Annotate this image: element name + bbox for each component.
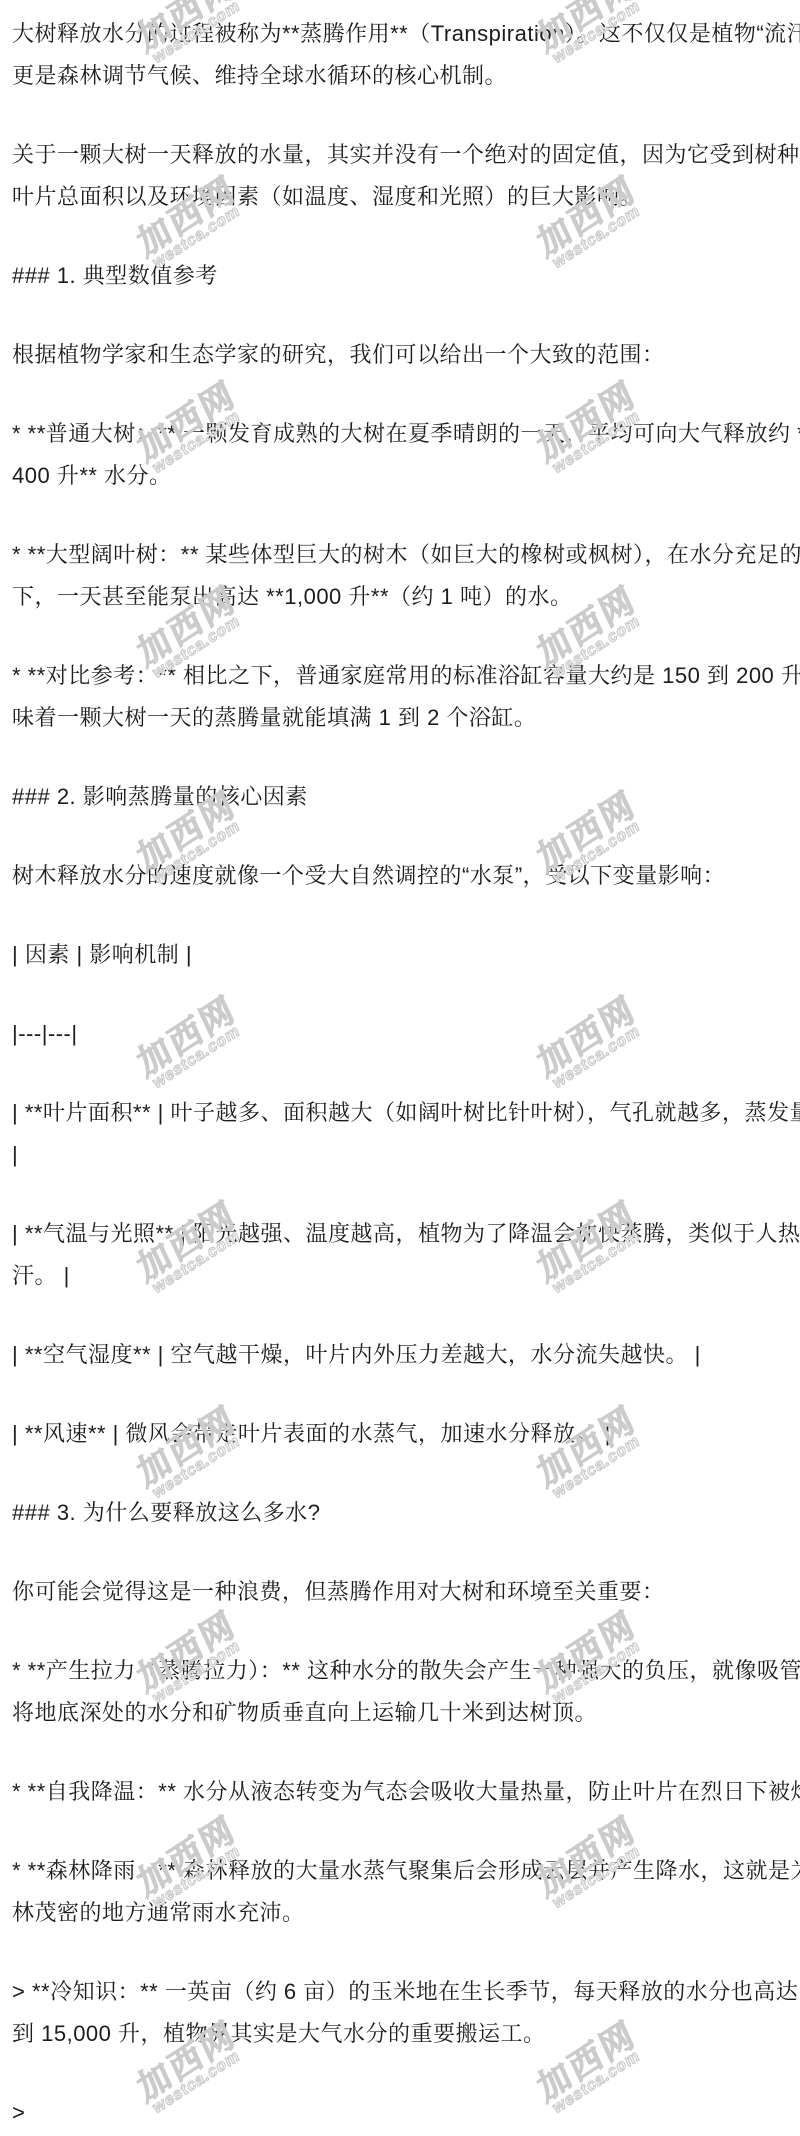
block-bullet: * **对比参考：** 相比之下，普通家庭常用的标准浴缸容量大约是 150 到 … xyxy=(12,655,788,739)
text-line: * **森林降雨：** 森林释放的大量水蒸气聚集后会形成云层并产生降水，这就是为… xyxy=(12,1850,788,1892)
block-bullet: * **产生拉力（蒸腾拉力）：** 这种水分的散失会产生一种强大的负压，就像吸管… xyxy=(12,1650,788,1734)
block-bullet: * **自我降温：** 水分从液态转变为气态会吸收大量热量，防止叶片在烈日下被灼… xyxy=(12,1771,788,1813)
text-line: ### 2. 影响蒸腾量的核心因素 xyxy=(12,776,788,818)
text-line: | xyxy=(12,1134,788,1176)
text-line: 大树释放水分的过程被称为**蒸腾作用**（Transpiration）。这不仅仅… xyxy=(12,13,788,55)
block-bullet: * **普通大树：** 一颗发育成熟的大树在夏季晴朗的一天，平均可向大气释放约 … xyxy=(12,413,788,497)
block-table-row: | **空气湿度** | 空气越干燥，叶片内外压力差越大，水分流失越快。 | xyxy=(12,1334,788,1376)
text-line: > **冷知识：** 一英亩（约 6 亩）的玉米地在生长季节，每天释放的水分也高… xyxy=(12,1971,788,2013)
block-table-row: | **叶片面积** | 叶子越多、面积越大（如阔叶树比针叶树），气孔就越多，蒸… xyxy=(12,1092,788,1176)
block-quote: > xyxy=(12,2092,788,2134)
text-line: |---|---| xyxy=(12,1013,788,1055)
text-line: * **产生拉力（蒸腾拉力）：** 这种水分的散失会产生一种强大的负压，就像吸管… xyxy=(12,1650,788,1692)
block-bullet: * **大型阔叶树：** 某些体型巨大的树木（如巨大的橡树或枫树），在水分充足的… xyxy=(12,534,788,618)
text-line: 400 升** 水分。 xyxy=(12,455,788,497)
text-line: | **叶片面积** | 叶子越多、面积越大（如阔叶树比针叶树），气孔就越多，蒸… xyxy=(12,1092,788,1134)
block-heading: ### 3. 为什么要释放这么多水? xyxy=(12,1492,788,1534)
block-table-row: | 因素 | 影响机制 | xyxy=(12,934,788,976)
block-quote: > **冷知识：** 一英亩（约 6 亩）的玉米地在生长季节，每天释放的水分也高… xyxy=(12,1971,788,2055)
block-paragraph: 关于一颗大树一天释放的水量，其实并没有一个绝对的固定值，因为它受到树种、树龄、叶… xyxy=(12,134,788,218)
text-line: 汗。 | xyxy=(12,1255,788,1297)
text-line: | **空气湿度** | 空气越干燥，叶片内外压力差越大，水分流失越快。 | xyxy=(12,1334,788,1376)
page: { "page": { "background": "#ffffff", "te… xyxy=(0,0,800,2136)
block-paragraph: 你可能会觉得这是一种浪费，但蒸腾作用对大树和环境至关重要： xyxy=(12,1571,788,1613)
text-line: 树木释放水分的速度就像一个受大自然调控的“水泵”，受以下变量影响： xyxy=(12,855,788,897)
text-line: ### 1. 典型数值参考 xyxy=(12,255,788,297)
block-heading: ### 2. 影响蒸腾量的核心因素 xyxy=(12,776,788,818)
block-heading: ### 1. 典型数值参考 xyxy=(12,255,788,297)
block-bullet: * **森林降雨：** 森林释放的大量水蒸气聚集后会形成云层并产生降水，这就是为… xyxy=(12,1850,788,1934)
text-line: | 因素 | 影响机制 | xyxy=(12,934,788,976)
block-table-row: |---|---| xyxy=(12,1013,788,1055)
text-line: ### 3. 为什么要释放这么多水? xyxy=(12,1492,788,1534)
document-body: 大树释放水分的过程被称为**蒸腾作用**（Transpiration）。这不仅仅… xyxy=(0,0,800,2134)
text-line: 你可能会觉得这是一种浪费，但蒸腾作用对大树和环境至关重要： xyxy=(12,1571,788,1613)
block-paragraph: 树木释放水分的速度就像一个受大自然调控的“水泵”，受以下变量影响： xyxy=(12,855,788,897)
text-line: | **风速** | 微风会带走叶片表面的水蒸气，加速水分释放。 | xyxy=(12,1413,788,1455)
text-line: 林茂密的地方通常雨水充沛。 xyxy=(12,1892,788,1934)
text-line: 下，一天甚至能泵出高达 **1,000 升**（约 1 吨）的水。 xyxy=(12,576,788,618)
text-line: 味着一颗大树一天的蒸腾量就能填满 1 到 2 个浴缸。 xyxy=(12,697,788,739)
text-line: 到 15,000 升，植物界其实是大气水分的重要搬运工。 xyxy=(12,2013,788,2055)
text-line: * **大型阔叶树：** 某些体型巨大的树木（如巨大的橡树或枫树），在水分充足的… xyxy=(12,534,788,576)
block-table-row: | **风速** | 微风会带走叶片表面的水蒸气，加速水分释放。 | xyxy=(12,1413,788,1455)
text-line: 叶片总面积以及环境因素（如温度、湿度和光照）的巨大影响。 xyxy=(12,176,788,218)
text-line: 根据植物学家和生态学家的研究，我们可以给出一个大致的范围： xyxy=(12,334,788,376)
block-table-row: | **气温与光照** | 阳光越强、温度越高，植物为了降温会加快蒸腾，类似于人… xyxy=(12,1213,788,1297)
text-line: * **自我降温：** 水分从液态转变为气态会吸收大量热量，防止叶片在烈日下被灼… xyxy=(12,1771,788,1813)
text-line: * **普通大树：** 一颗发育成熟的大树在夏季晴朗的一天，平均可向大气释放约 … xyxy=(12,413,788,455)
text-line: 更是森林调节气候、维持全球水循环的核心机制。 xyxy=(12,55,788,97)
block-paragraph: 大树释放水分的过程被称为**蒸腾作用**（Transpiration）。这不仅仅… xyxy=(12,13,788,97)
text-line: 将地底深处的水分和矿物质垂直向上运输几十米到达树顶。 xyxy=(12,1692,788,1734)
block-paragraph: 根据植物学家和生态学家的研究，我们可以给出一个大致的范围： xyxy=(12,334,788,376)
text-line: * **对比参考：** 相比之下，普通家庭常用的标准浴缸容量大约是 150 到 … xyxy=(12,655,788,697)
text-line: > xyxy=(12,2092,788,2134)
text-line: 关于一颗大树一天释放的水量，其实并没有一个绝对的固定值，因为它受到树种、树龄、 xyxy=(12,134,788,176)
text-line: | **气温与光照** | 阳光越强、温度越高，植物为了降温会加快蒸腾，类似于人… xyxy=(12,1213,788,1255)
